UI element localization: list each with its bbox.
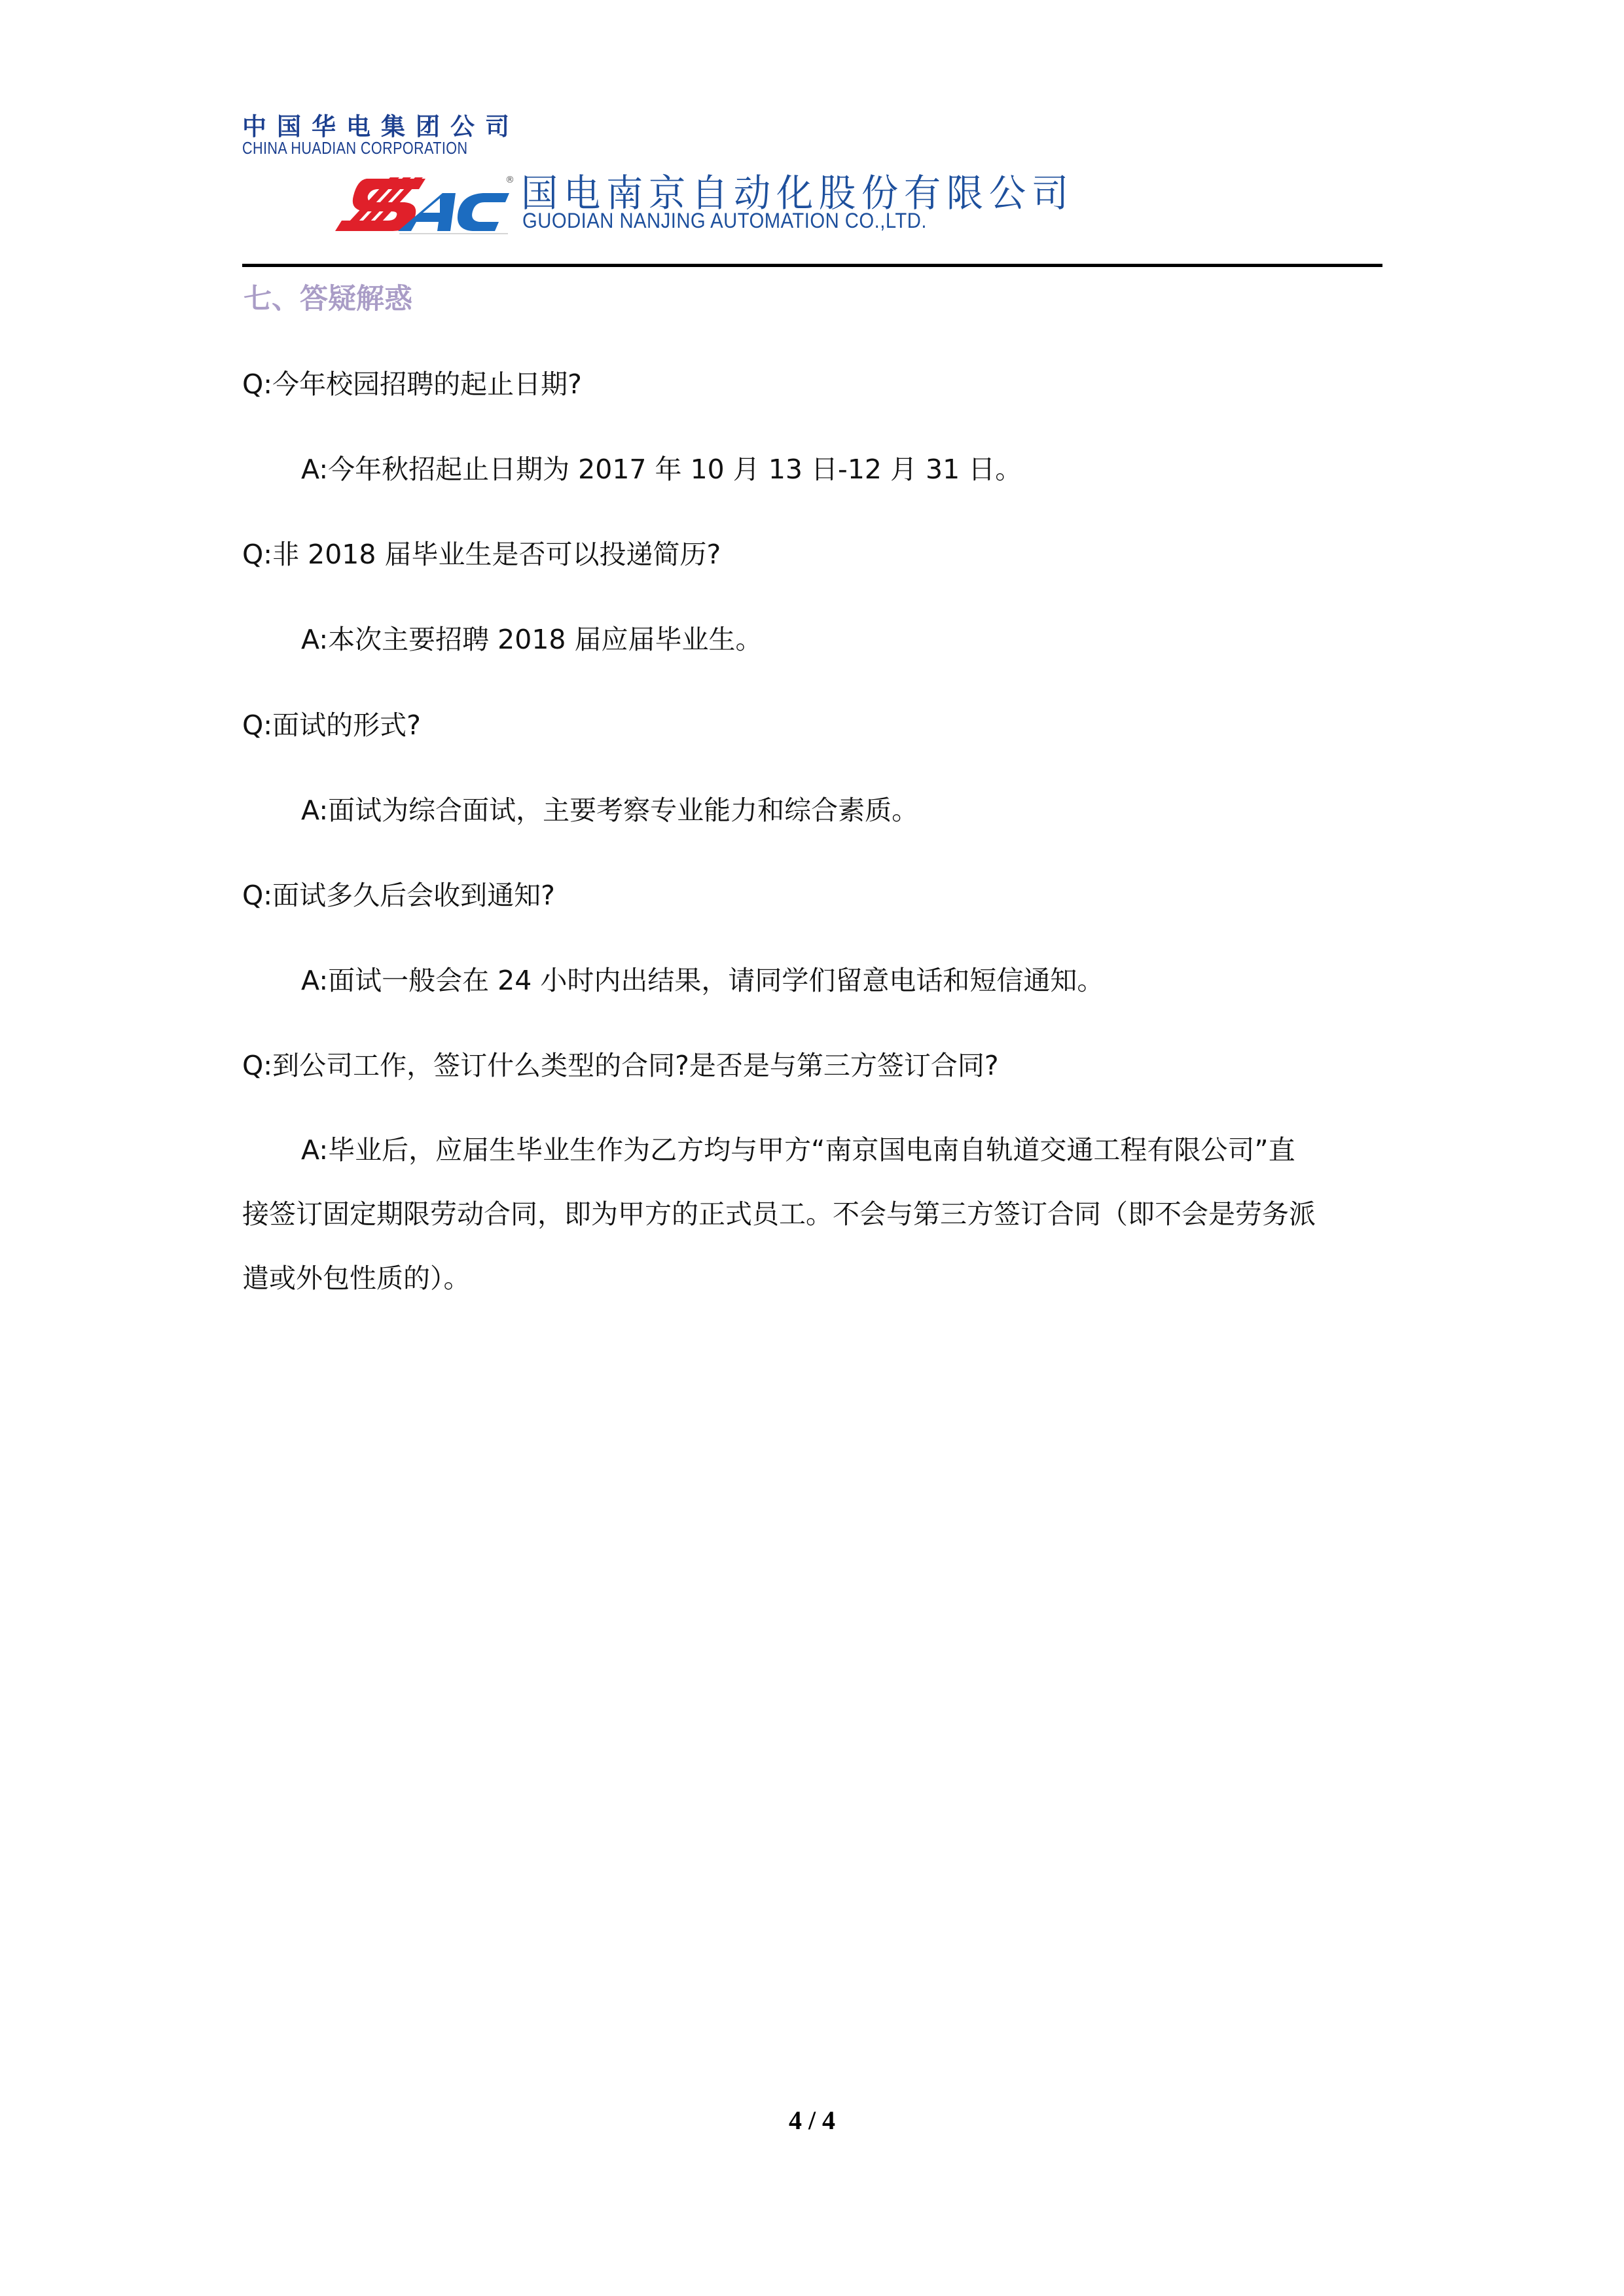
document-page: 中国华电集团公司 CHINA HUADIAN CORPORATION ® 国电南… bbox=[0, 0, 1624, 2296]
company-name-en: GUODIAN NANJING AUTOMATION CO.,LTD. bbox=[522, 210, 927, 231]
faq-answer-line-2: 接签订固定期限劳动合同，即为甲方的正式员工。不会与第三方签订合同（即不会是劳务派 bbox=[242, 1199, 1316, 1229]
faq-question: Q:今年校园招聘的起止日期? bbox=[242, 369, 582, 399]
faq-answer-line-1: A:毕业后，应届生毕业生作为乙方均与甲方“南京国电南自轨道交通工程有限公司”直 bbox=[301, 1135, 1295, 1165]
faq-question: Q:面试多久后会收到通知? bbox=[242, 880, 555, 910]
faq-answer: A:今年秋招起止日期为 2017 年 10 月 13 日-12 月 31 日。 bbox=[301, 454, 1022, 484]
faq-answer: A:面试为综合面试，主要考察专业能力和综合素质。 bbox=[301, 795, 918, 825]
page-number: 4 / 4 bbox=[0, 2108, 1624, 2134]
faq-question: Q:面试的形式? bbox=[242, 710, 421, 740]
faq-question: Q:非 2018 届毕业生是否可以投递简历? bbox=[242, 539, 721, 569]
sac-logo-icon: ® bbox=[327, 172, 517, 238]
svg-text:®: ® bbox=[505, 175, 514, 185]
section-heading: 七、答疑解惑 bbox=[244, 284, 412, 314]
parent-company-name-en: CHINA HUADIAN CORPORATION bbox=[242, 139, 468, 156]
faq-question: Q:到公司工作，签订什么类型的合同?是否是与第三方签订合同? bbox=[242, 1050, 999, 1081]
parent-company-name-cn: 中国华电集团公司 bbox=[242, 114, 520, 140]
header-divider bbox=[242, 264, 1382, 267]
faq-answer-line-3: 遣或外包性质的）。 bbox=[242, 1263, 471, 1293]
company-name-cn: 国电南京自动化股份有限公司 bbox=[521, 174, 1074, 212]
faq-answer: A:面试一般会在 24 小时内出结果，请同学们留意电话和短信通知。 bbox=[301, 965, 1104, 996]
faq-answer: A:本次主要招聘 2018 届应届毕业生。 bbox=[301, 624, 763, 655]
